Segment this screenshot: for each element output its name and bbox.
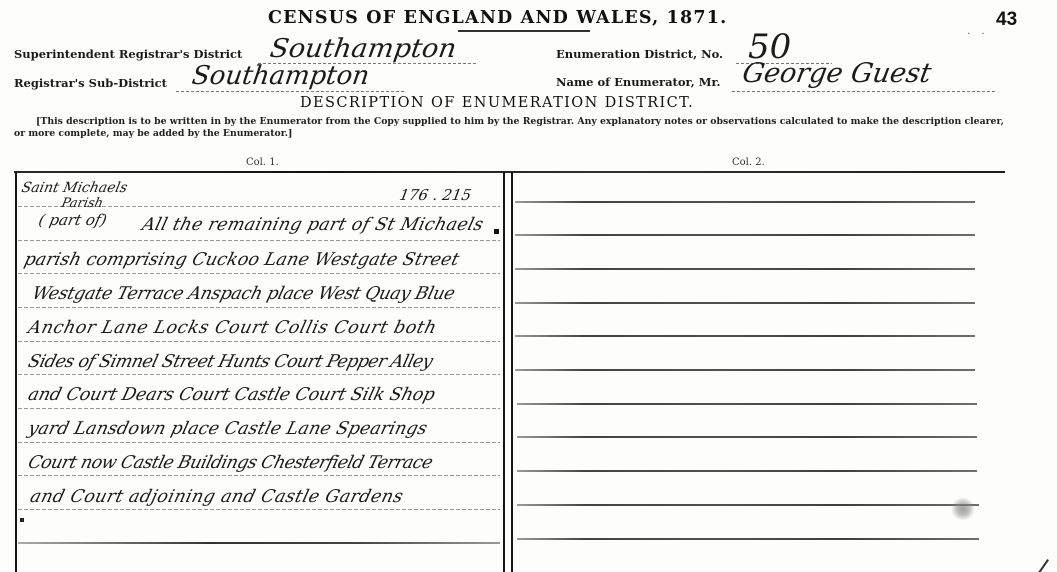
ink-dot [20,518,24,522]
description-line-2: parish comprising Cuckoo Lane Westgate S… [22,250,461,270]
parish-name: Saint Michaels [20,180,129,196]
col2-rule [517,403,977,405]
col2-rule [517,436,977,438]
col2-rule [515,268,975,270]
parish-label: Parish [60,196,105,211]
col2-rule [517,470,977,472]
corner-mark [1037,559,1049,572]
col1-rule [18,240,500,241]
superintendent-district-label: Superintendent Registrar's District [14,47,242,61]
description-line-9: and Court adjoining and Castle Gardens [28,487,405,507]
folio-range: 176 . 215 [398,186,473,204]
sub-district-value: Southampton [190,61,371,91]
col2-rule [515,302,975,304]
superintendent-district-value: Southampton [268,34,458,64]
col1-rule-bottom [18,542,500,544]
page-number: 43 [996,9,1017,31]
col2-header: Col. 2. [732,157,765,168]
col1-rule [18,307,500,308]
instructions-text: [This description is to be written in by… [14,116,1004,140]
title-underline [458,30,590,32]
enumerator-value: George Guest [740,58,934,89]
col2-rule [515,335,975,337]
table-top-rule [14,171,1005,173]
col1-header: Col. 1. [246,157,279,168]
col1-right-border [503,172,505,572]
col2-rule [515,369,975,371]
ink-smudge [950,498,976,520]
description-line-8: Court now Castle Buildings Chesterfield … [26,453,434,473]
description-line-6: and Court Dears Court Castle Court Silk … [26,385,437,405]
description-line-4: Anchor Lane Locks Court Collis Court bot… [26,318,439,338]
col1-left-border [15,172,17,572]
col2-rule [515,234,975,236]
enumerator-line [732,91,997,92]
enumerator-label: Name of Enumerator, Mr. [556,75,721,89]
col1-rule [18,509,500,510]
col1-rule [18,475,500,476]
description-line-1: All the remaining part of St Michaels [140,215,486,235]
col2-rule [517,538,979,540]
col1-rule [18,442,500,443]
census-title: CENSUS OF ENGLAND AND WALES, 1871. [268,8,727,28]
description-line-7: yard Lansdown place Castle Lane Spearing… [26,419,429,439]
col1-rule [18,374,500,375]
page-dots: . . [967,26,989,37]
ink-dot [494,229,499,234]
description-line-5: Sides of Simnel Street Hunts Court Peppe… [26,352,434,372]
parish-part-of: ( part of) [37,211,108,229]
col1-rule [18,408,500,409]
col1-rule [18,273,500,274]
sub-district-label: Registrar's Sub-District [14,76,167,90]
enumeration-district-label: Enumeration District, No. [556,47,723,61]
col2-rule [515,201,975,203]
col1-rule [18,341,500,342]
description-line-3: Westgate Terrace Anspach place West Quay… [30,284,457,304]
description-subtitle: DESCRIPTION OF ENUMERATION DISTRICT. [300,95,694,111]
col2-rule [517,504,979,506]
col2-left-border [511,172,513,572]
sub-district-line [176,91,406,92]
